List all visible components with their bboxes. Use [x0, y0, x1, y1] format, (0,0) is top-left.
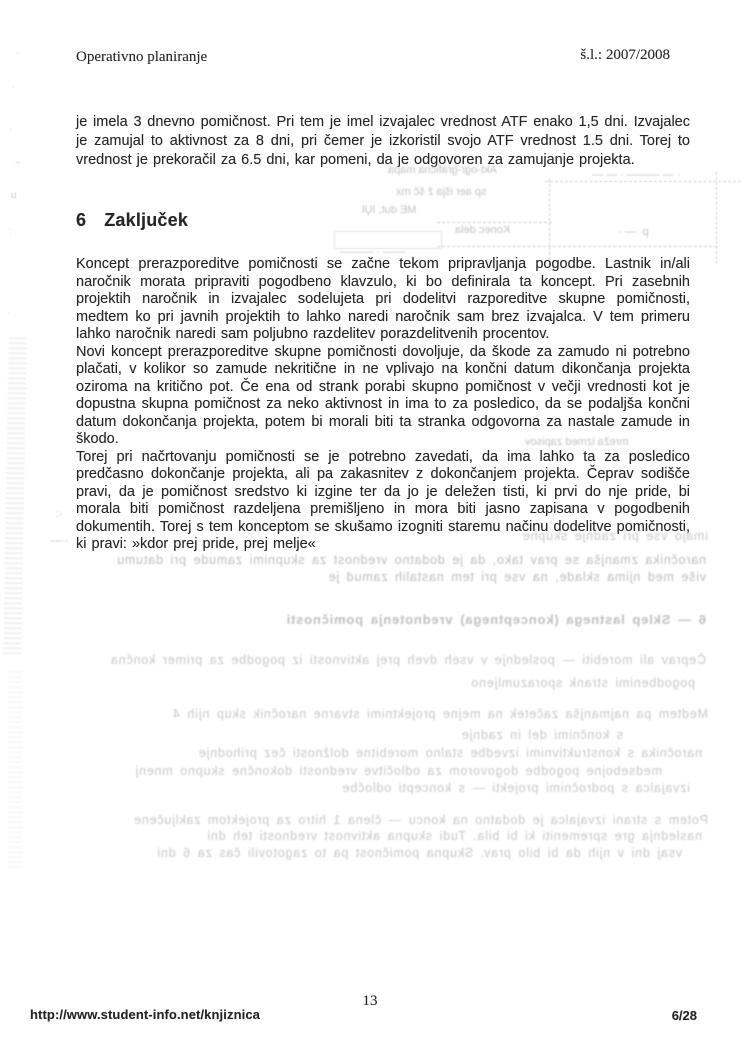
header-course-title: Operativno planiranje	[76, 49, 207, 66]
bleedthrough-line: imajo vse pri zadnje skupne	[478, 529, 708, 545]
bleedthrough-scrap: ME dut, IŲl	[362, 204, 416, 217]
bleedthrough-scrap: Akt-ogr-grafična mapa	[388, 164, 497, 177]
scanner-artifact: ·	[9, 123, 12, 134]
footer-url: http://www.student-info.net/knjiznica	[30, 1007, 260, 1022]
bleedthrough-line: pogodbenimi strank sporazumljeno	[350, 676, 695, 692]
footer-pagination: 6/28	[672, 1008, 697, 1023]
bleedthrough-scrap: sp aer išja ž šč mx	[396, 186, 486, 199]
bleedthrough-scrap: · — ——— · — —	[592, 169, 681, 182]
conclusion-paragraph: Koncept prerazporeditve pomičnosti se za…	[76, 256, 690, 344]
scanner-artifact-streak	[3, 336, 27, 654]
section-title: Zaključek	[104, 210, 188, 231]
bleedthrough-scrap: ·:	[56, 508, 63, 521]
scanner-artifact: ·	[16, 48, 19, 59]
intro-paragraph: je imela 3 dnevno pomičnost. Pri tem je …	[76, 113, 690, 170]
bleedthrough-line: Čeprav ali morebiti — poslednje v vseh d…	[74, 653, 706, 669]
scanner-artifact: :	[9, 226, 12, 237]
ghost-table-hline	[437, 222, 552, 223]
bleedthrough-scrap: ··—	[50, 535, 68, 548]
bleedthrough-scrap: Konec dela	[455, 224, 510, 237]
bleedthrough-line: Potem s strani izvajalca je dodatno na k…	[72, 813, 708, 829]
scanner-artifact-streak	[8, 668, 22, 868]
scanner-artifact: ·	[7, 308, 10, 319]
conclusion-paragraph: Novi koncept prerazporeditve skupne pomi…	[76, 344, 690, 449]
bleedthrough-line: s končnimi del in zadnje	[428, 728, 623, 744]
scanner-artifact: ˙	[12, 86, 15, 97]
bleedthrough-line: izvajalca s področnimi projekti — s konc…	[290, 781, 690, 797]
bleedthrough-line: vsaj dni v njih da bi bilo prav. Skupna …	[94, 846, 682, 862]
bleedthrough-line: naslednja gre spremeniti ki bi bila. Tud…	[76, 829, 702, 845]
section-heading: 6Zaključek	[76, 210, 188, 231]
ghost-table-hline	[437, 246, 717, 247]
bleedthrough-scrap: p· — ·	[618, 226, 649, 239]
ghost-table-vline	[716, 172, 717, 264]
bleedthrough-line: više med njima sklade, na vse pri tem na…	[186, 570, 706, 586]
header-school-year: š.l.: 2007/2008	[580, 47, 670, 64]
bleedthrough-line: naročnika zmanjša se prav tako, da je do…	[90, 553, 706, 569]
section-number: 6	[76, 210, 86, 231]
footer-page-number: 13	[340, 993, 400, 1010]
scanned-document-page: Operativno planiranje š.l.: 2007/2008 je…	[0, 0, 750, 1058]
scanner-artifact: ~	[15, 158, 21, 169]
scanner-artifact: u	[11, 190, 17, 201]
conclusion-text-block: Koncept prerazporeditve pomičnosti se za…	[76, 256, 690, 554]
bleedthrough-line: Medtem pa najmanjša začetek na mejne pro…	[86, 707, 708, 723]
bleedthrough-line: medsebojne pogodbe dogovorom za odločitv…	[90, 764, 662, 780]
bleedthrough-line: 6 — Sklep lastnega (konceptnega) vrednot…	[214, 612, 706, 628]
bleedthrough-line: naročnika s konstruktivnimi izvedbe stal…	[90, 746, 702, 762]
